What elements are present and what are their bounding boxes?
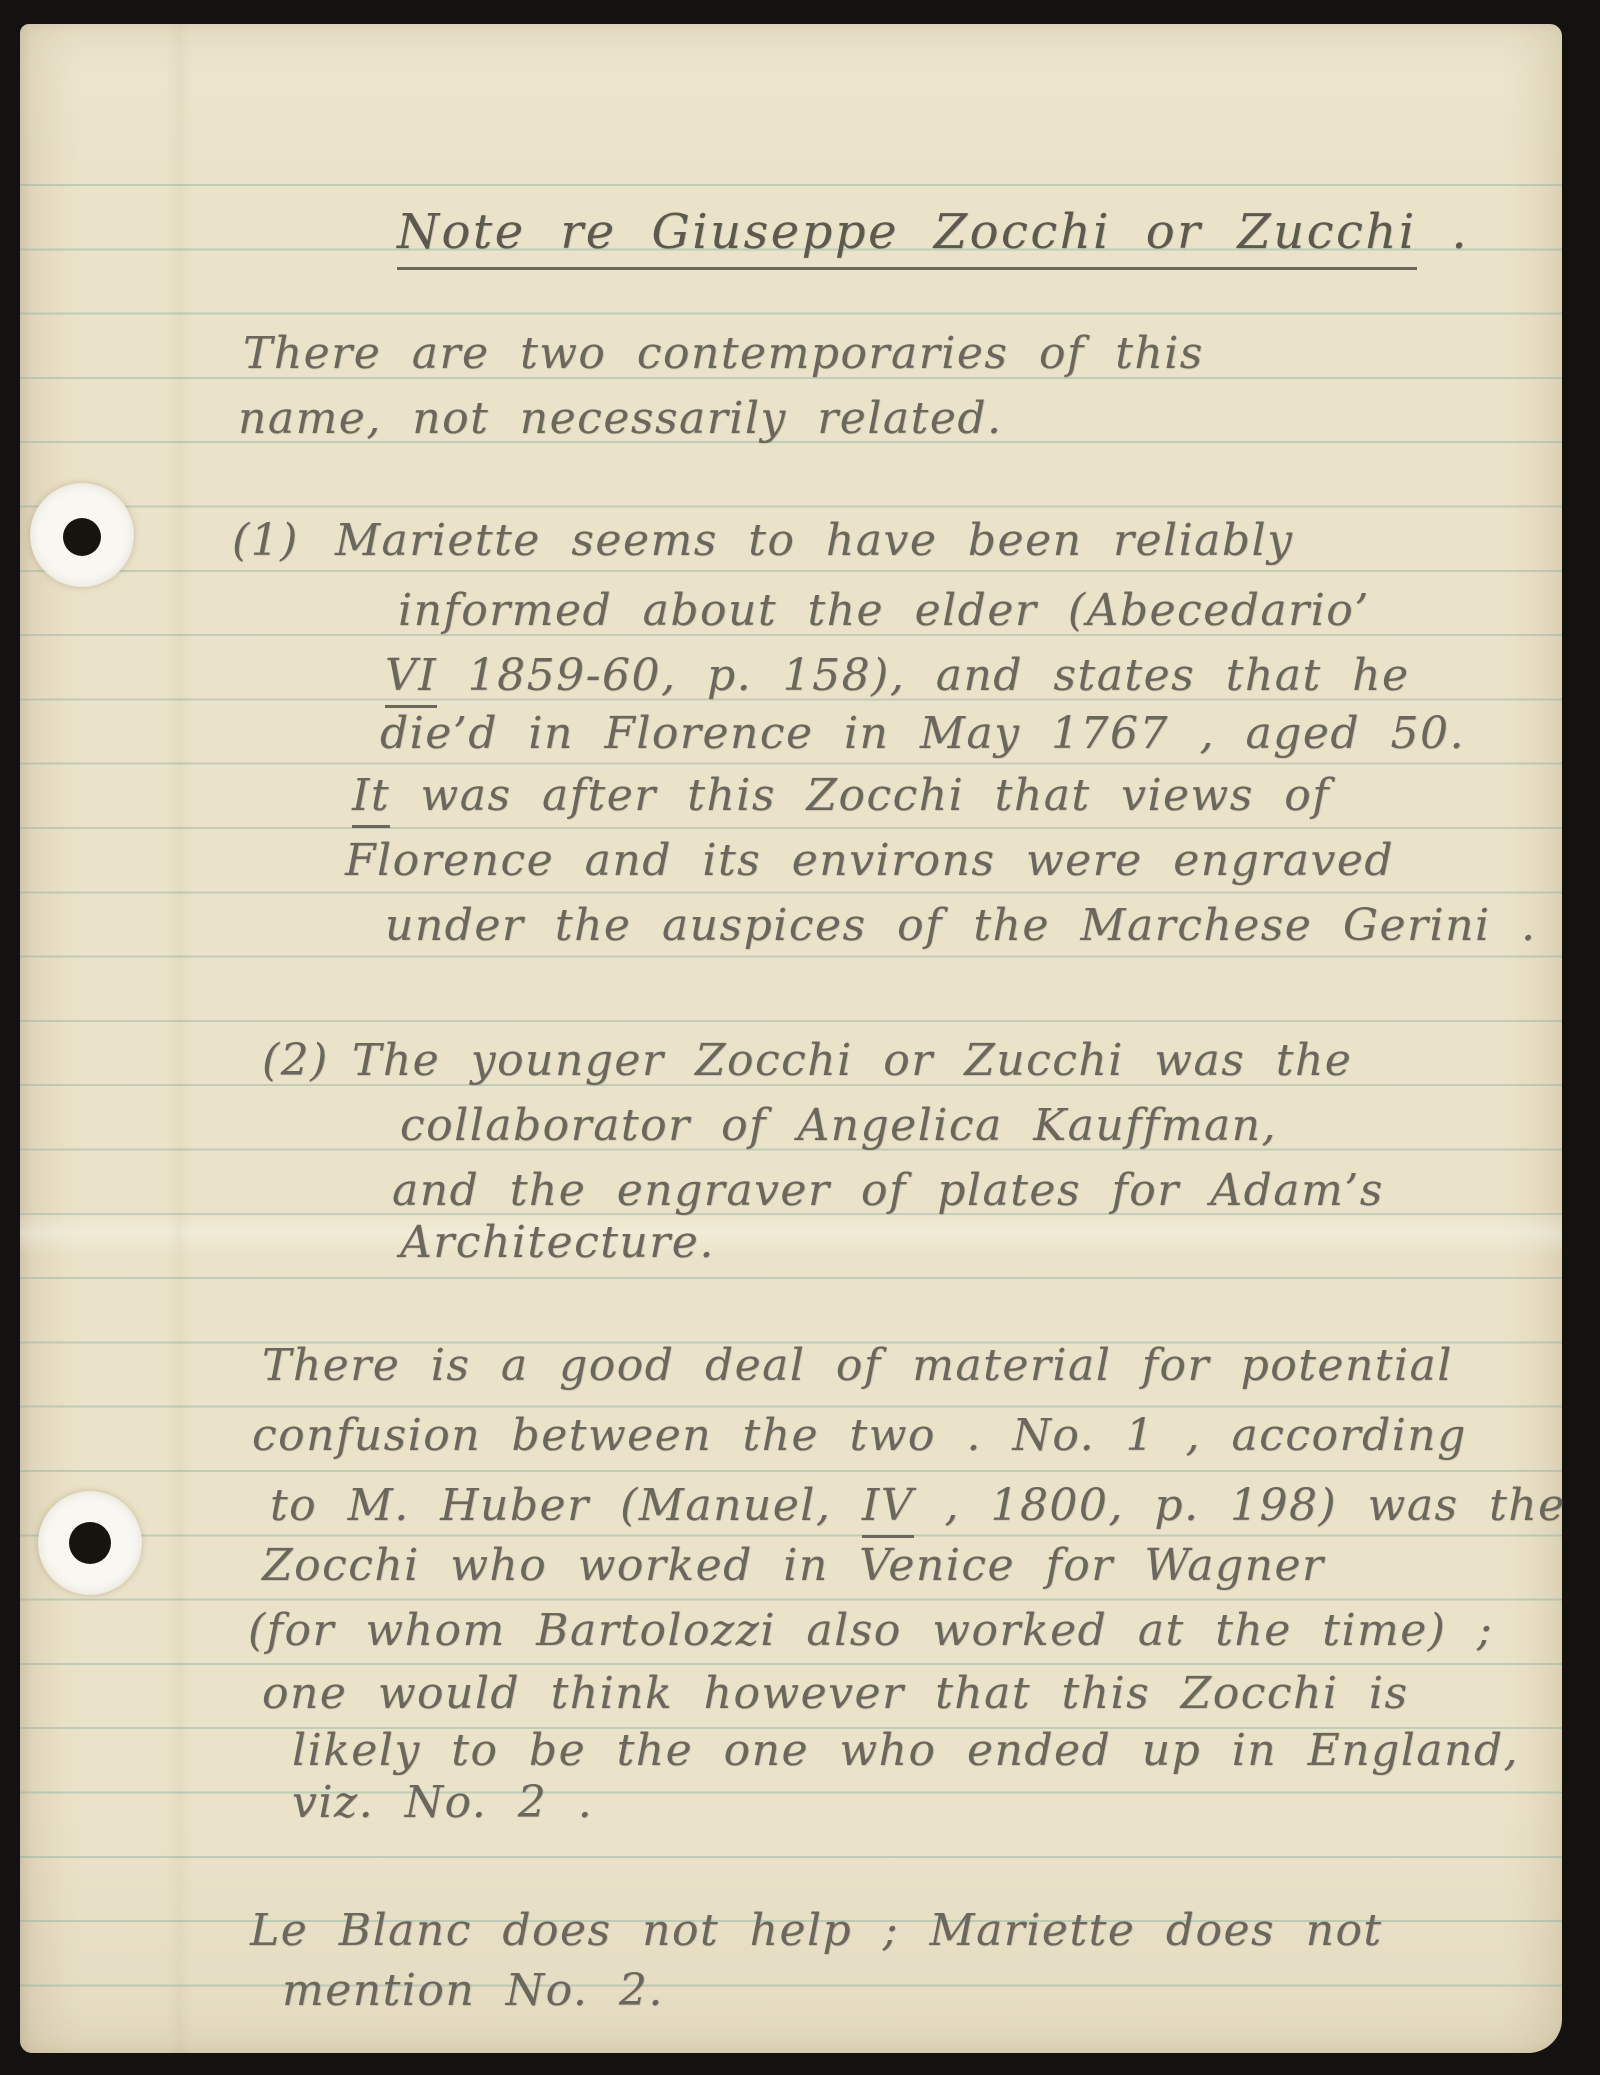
hole-punch-bottom-hole xyxy=(69,1522,111,1564)
horizontal-crease xyxy=(20,1210,1562,1256)
hole-punch-top xyxy=(30,483,134,587)
hole-punch-bottom xyxy=(38,1491,142,1595)
paper-sheet xyxy=(20,24,1562,2053)
vertical-crease xyxy=(166,24,192,2053)
hole-punch-top-hole xyxy=(63,518,101,556)
ruled-lines xyxy=(20,184,1562,2039)
scanned-page: Note re Giuseppe Zocchi or Zucchi . Ther… xyxy=(0,0,1600,2075)
